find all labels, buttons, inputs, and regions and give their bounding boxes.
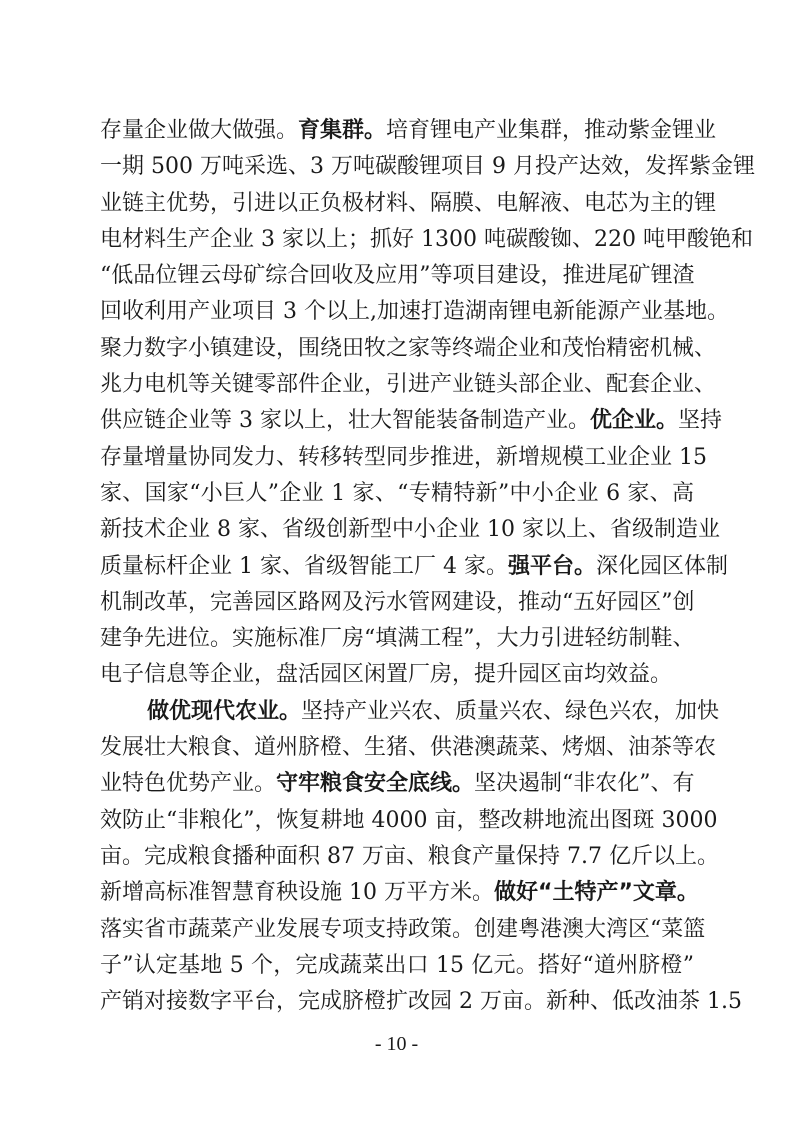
body-text: 存量增量协同发力、转移转型同步推进，新增规模工业企业 15 (100, 445, 707, 470)
text-line: 家、国家“小巨人”企业 1 家、“专精特新”中小企业 6 家、高 (100, 476, 694, 512)
text-line: 发展壮大粮食、道州脐橙、生猪、供港澳蔬菜、烤烟、油茶等农 (100, 730, 694, 766)
body-text: 深化园区体制 (596, 554, 728, 579)
body-text: 子”认定基地 5 个，完成蔬菜出口 15 亿元。搭好“道州脐橙” (100, 953, 694, 978)
body-text: 效防止“非粮化”，恢复耕地 4000 亩，整改耕地流出图斑 3000 (100, 808, 717, 833)
paragraph-lines: 存量企业做大做强。育集群。培育锂电产业集群，推动紫金锂业一期 500 万吨采选、… (100, 113, 694, 1020)
body-text: 电子信息等企业，盘活园区闲置厂房，提升园区亩均效益。 (100, 662, 672, 687)
body-text: 回收利用产业项目 3 个以上,加速打造湖南锂电新能源产业基地。 (100, 299, 729, 324)
text-line: 兆力电机等关键零部件企业，引进产业链头部企业、配套企业、 (100, 367, 694, 403)
body-text: 培育锂电产业集群，推动紫金锂业 (386, 118, 716, 143)
body-text: 坚持 (678, 408, 722, 433)
body-text: 落实省市蔬菜产业发展专项支持政策。创建粤港澳大湾区“菜篮 (100, 917, 705, 942)
body-text: “低品位锂云母矿综合回收及应用”等项目建设，推进尾矿锂渣 (100, 263, 695, 288)
text-line: 子”认定基地 5 个，完成蔬菜出口 15 亿元。搭好“道州脐橙” (100, 948, 694, 984)
text-line: 一期 500 万吨采选、3 万吨碳酸锂项目 9 月投产达效，发挥紫金锂 (100, 149, 694, 185)
text-line: 聚力数字小镇建设，围绕田牧之家等终端企业和茂怡精密机械、 (100, 331, 694, 367)
text-line: “低品位锂云母矿综合回收及应用”等项目建设，推进尾矿锂渣 (100, 258, 694, 294)
body-text: 业特色优势产业。 (100, 771, 276, 796)
text-line: 亩。完成粮食播种面积 87 万亩、粮食产量保持 7.7 亿斤以上。 (100, 839, 694, 875)
text-line: 质量标杆企业 1 家、省级智能工厂 4 家。强平台。深化园区体制 (100, 549, 694, 585)
body-text: 亩。完成粮食播种面积 87 万亩、粮食产量保持 7.7 亿斤以上。 (100, 844, 719, 869)
body-text: 坚决遏制“非农化”、有 (474, 771, 695, 796)
text-line: 产销对接数字平台，完成脐橙扩改园 2 万亩。新种、低改油茶 1.5 (100, 984, 694, 1020)
body-text: 建争先进位。实施标准厂房“填满工程”，大力引进轻纺制鞋、 (100, 626, 695, 651)
text-line: 电材料生产企业 3 家以上；抓好 1300 吨碳酸铷、220 吨甲酸铯和 (100, 222, 694, 258)
text-line: 业链主优势，引进以正负极材料、隔膜、电解液、电芯为主的锂 (100, 186, 694, 222)
text-line: 存量企业做大做强。育集群。培育锂电产业集群，推动紫金锂业 (100, 113, 694, 149)
body-text: 发展壮大粮食、道州脐橙、生猪、供港澳蔬菜、烤烟、油茶等农 (100, 735, 716, 760)
bold-heading-text: 做好“土特产”文章。 (494, 880, 699, 905)
text-line: 回收利用产业项目 3 个以上,加速打造湖南锂电新能源产业基地。 (100, 294, 694, 330)
text-line: 机制改革，完善园区路网及污水管网建设，推动“五好园区”创 (100, 585, 694, 621)
text-line: 落实省市蔬菜产业发展专项支持政策。创建粤港澳大湾区“菜篮 (100, 912, 694, 948)
body-text: 坚持产业兴农、质量兴农、绿色兴农，加快 (301, 699, 719, 724)
body-text: 产销对接数字平台，完成脐橙扩改园 2 万亩。新种、低改油茶 1.5 (100, 989, 742, 1014)
body-text: 业链主优势，引进以正负极材料、隔膜、电解液、电芯为主的锂 (100, 191, 716, 216)
text-line: 做优现代农业。坚持产业兴农、质量兴农、绿色兴农，加快 (100, 694, 694, 730)
page-number: - 10 - (0, 1033, 793, 1056)
body-text: 一期 500 万吨采选、3 万吨碳酸锂项目 9 月投产达效，发挥紫金锂 (100, 154, 755, 179)
body-text: 存量企业做大做强。 (100, 118, 298, 143)
bold-heading-text: 守牢粮食安全底线。 (276, 771, 474, 796)
text-line: 效防止“非粮化”，恢复耕地 4000 亩，整改耕地流出图斑 3000 (100, 803, 694, 839)
body-text: 新技术企业 8 家、省级创新型中小企业 10 家以上、省级制造业 (100, 517, 720, 542)
bold-heading-text: 育集群。 (298, 118, 386, 143)
body-text: 家、国家“小巨人”企业 1 家、“专精特新”中小企业 6 家、高 (100, 481, 694, 506)
body-text: 机制改革，完善园区路网及污水管网建设，推动“五好园区”创 (100, 590, 695, 615)
text-line: 新技术企业 8 家、省级创新型中小企业 10 家以上、省级制造业 (100, 512, 694, 548)
text-line: 建争先进位。实施标准厂房“填满工程”，大力引进轻纺制鞋、 (100, 621, 694, 657)
body-text: 兆力电机等关键零部件企业，引进产业链头部企业、配套企业、 (100, 372, 716, 397)
body-text: 新增高标准智慧育秧设施 10 万平方米。 (100, 880, 494, 905)
document-body: 存量企业做大做强。育集群。培育锂电产业集群，推动紫金锂业一期 500 万吨采选、… (100, 113, 694, 1020)
text-line: 供应链企业等 3 家以上，壮大智能装备制造产业。优企业。坚持 (100, 403, 694, 439)
bold-heading-text: 强平台。 (508, 554, 596, 579)
body-text: 电材料生产企业 3 家以上；抓好 1300 吨碳酸铷、220 吨甲酸铯和 (100, 227, 753, 252)
body-text: 供应链企业等 3 家以上，壮大智能装备制造产业。 (100, 408, 590, 433)
text-line: 新增高标准智慧育秧设施 10 万平方米。做好“土特产”文章。 (100, 875, 694, 911)
body-text: 质量标杆企业 1 家、省级智能工厂 4 家。 (100, 554, 508, 579)
text-line: 业特色优势产业。守牢粮食安全底线。坚决遏制“非农化”、有 (100, 766, 694, 802)
text-line: 存量增量协同发力、转移转型同步推进，新增规模工业企业 15 (100, 440, 694, 476)
bold-heading-text: 做优现代农业。 (147, 699, 301, 724)
text-line: 电子信息等企业，盘活园区闲置厂房，提升园区亩均效益。 (100, 657, 694, 693)
bold-heading-text: 优企业。 (590, 408, 678, 433)
body-text: 聚力数字小镇建设，围绕田牧之家等终端企业和茂怡精密机械、 (100, 336, 716, 361)
